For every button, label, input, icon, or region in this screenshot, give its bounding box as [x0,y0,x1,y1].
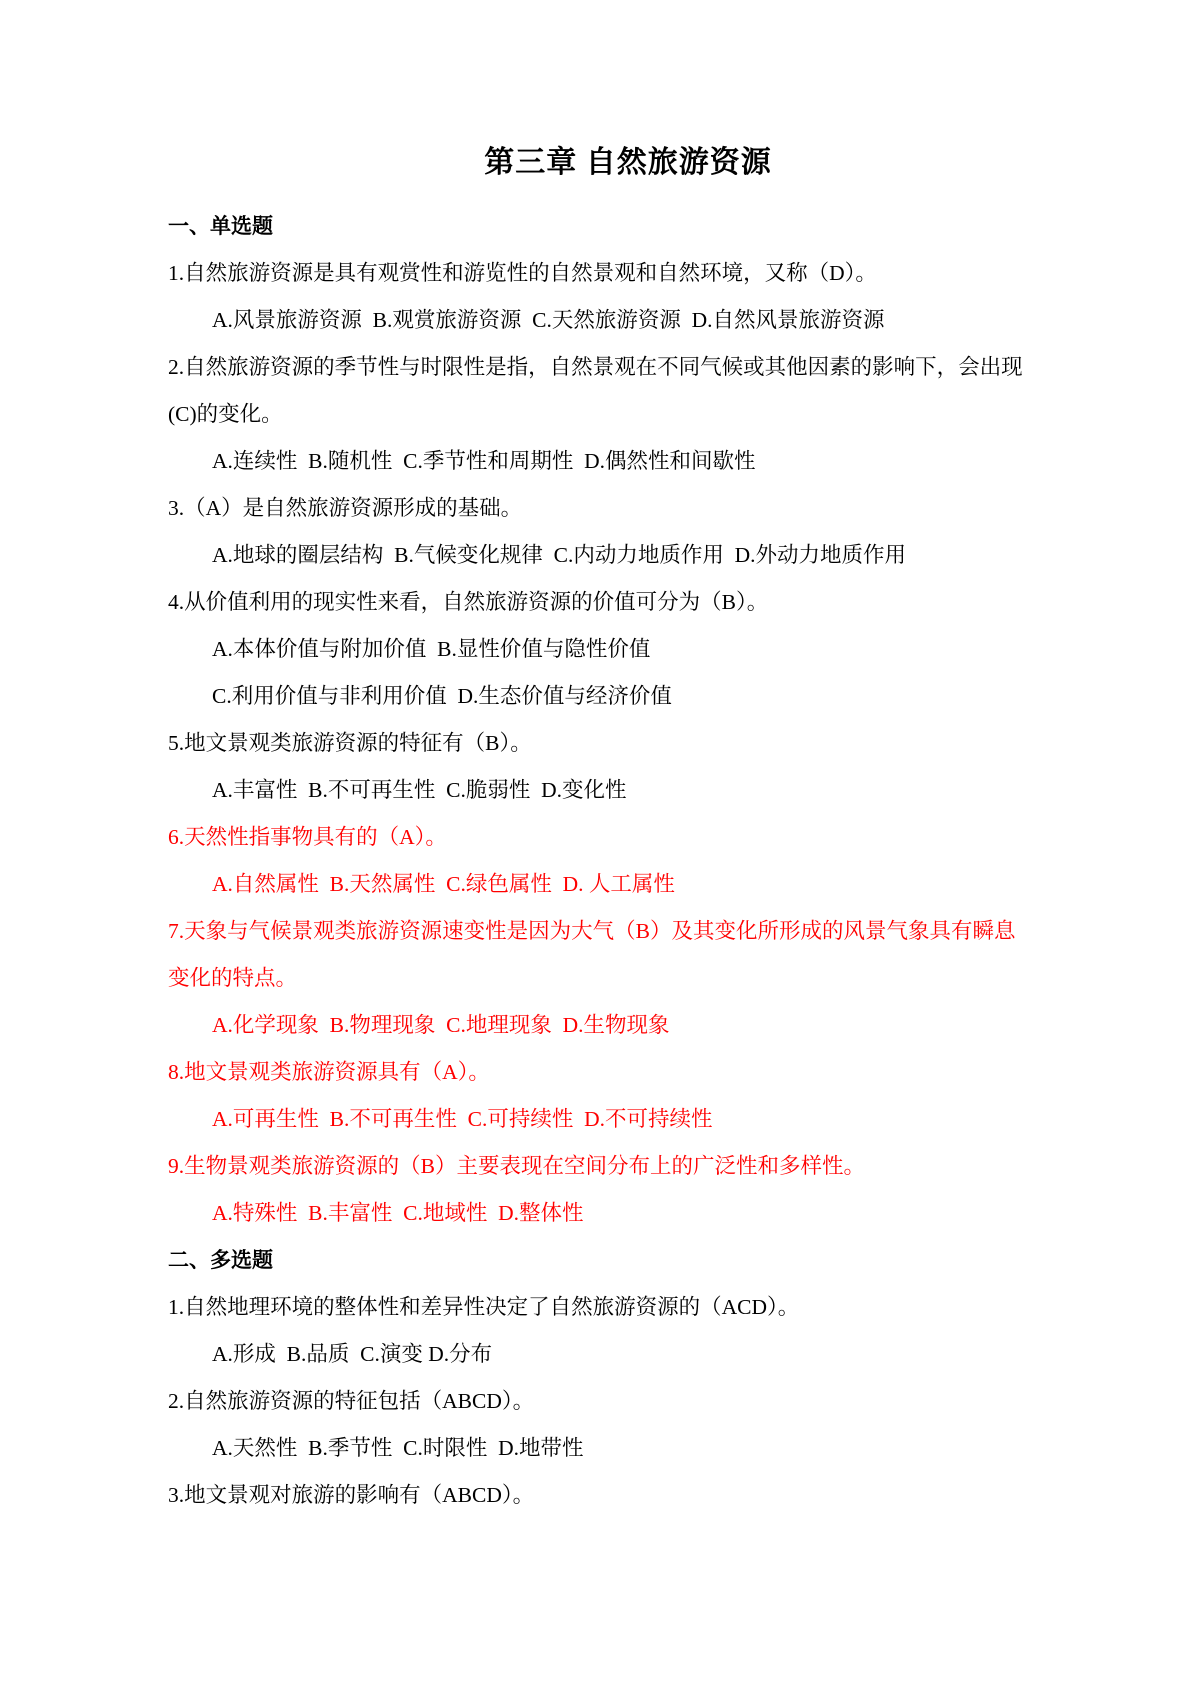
options-line: A.地球的圈层结构 B.气候变化规律 C.内动力地质作用 D.外动力地质作用 [168,532,1088,579]
question-line: 4.从价值利用的现实性来看，自然旅游资源的价值可分为（B）。 [168,579,1088,626]
options-line: A.形成 B.品质 C.演变 D.分布 [168,1331,1088,1378]
options-line: A.化学现象 B.物理现象 C.地理现象 D.生物现象 [168,1002,1088,1049]
question-line: 9.生物景观类旅游资源的（B）主要表现在空间分布上的广泛性和多样性。 [168,1143,1088,1190]
question-line: 3.（A）是自然旅游资源形成的基础。 [168,485,1088,532]
options-line: A.风景旅游资源 B.观赏旅游资源 C.天然旅游资源 D.自然风景旅游资源 [168,297,1088,344]
page-title: 第三章 自然旅游资源 [168,143,1088,183]
options-line: A.自然属性 B.天然属性 C.绿色属性 D. 人工属性 [168,861,1088,908]
options-line: A.可再生性 B.不可再生性 C.可持续性 D.不可持续性 [168,1096,1088,1143]
question-line: 变化的特点。 [168,955,1088,1002]
options-line: C.利用价值与非利用价值 D.生态价值与经济价值 [168,673,1088,720]
options-line: A.特殊性 B.丰富性 C.地域性 D.整体性 [168,1190,1088,1237]
question-line: (C)的变化。 [168,391,1088,438]
question-line: 2.自然旅游资源的季节性与时限性是指，自然景观在不同气候或其他因素的影响下，会出… [168,344,1088,391]
question-line: 5.地文景观类旅游资源的特征有（B）。 [168,720,1088,767]
question-line: 1.自然地理环境的整体性和差异性决定了自然旅游资源的（ACD）。 [168,1284,1088,1331]
options-line: A.天然性 B.季节性 C.时限性 D.地带性 [168,1425,1088,1472]
section-heading-single-choice: 一、单选题 [168,203,1088,250]
section-heading-multi-choice: 二、多选题 [168,1237,1088,1284]
document-body: 一、单选题 1.自然旅游资源是具有观赏性和游览性的自然景观和自然环境，又称（D）… [168,203,1088,1519]
question-line: 2.自然旅游资源的特征包括（ABCD）。 [168,1378,1088,1425]
options-line: A.本体价值与附加价值 B.显性价值与隐性价值 [168,626,1088,673]
question-line: 7.天象与气候景观类旅游资源速变性是因为大气（B）及其变化所形成的风景气象具有瞬… [168,908,1088,955]
options-line: A.连续性 B.随机性 C.季节性和周期性 D.偶然性和间歇性 [168,438,1088,485]
document-page: 第三章 自然旅游资源 一、单选题 1.自然旅游资源是具有观赏性和游览性的自然景观… [168,0,1088,1519]
options-line: A.丰富性 B.不可再生性 C.脆弱性 D.变化性 [168,767,1088,814]
question-line: 8.地文景观类旅游资源具有（A）。 [168,1049,1088,1096]
question-line: 6.天然性指事物具有的（A）。 [168,814,1088,861]
question-line: 1.自然旅游资源是具有观赏性和游览性的自然景观和自然环境，又称（D）。 [168,250,1088,297]
question-line: 3.地文景观对旅游的影响有（ABCD）。 [168,1472,1088,1519]
